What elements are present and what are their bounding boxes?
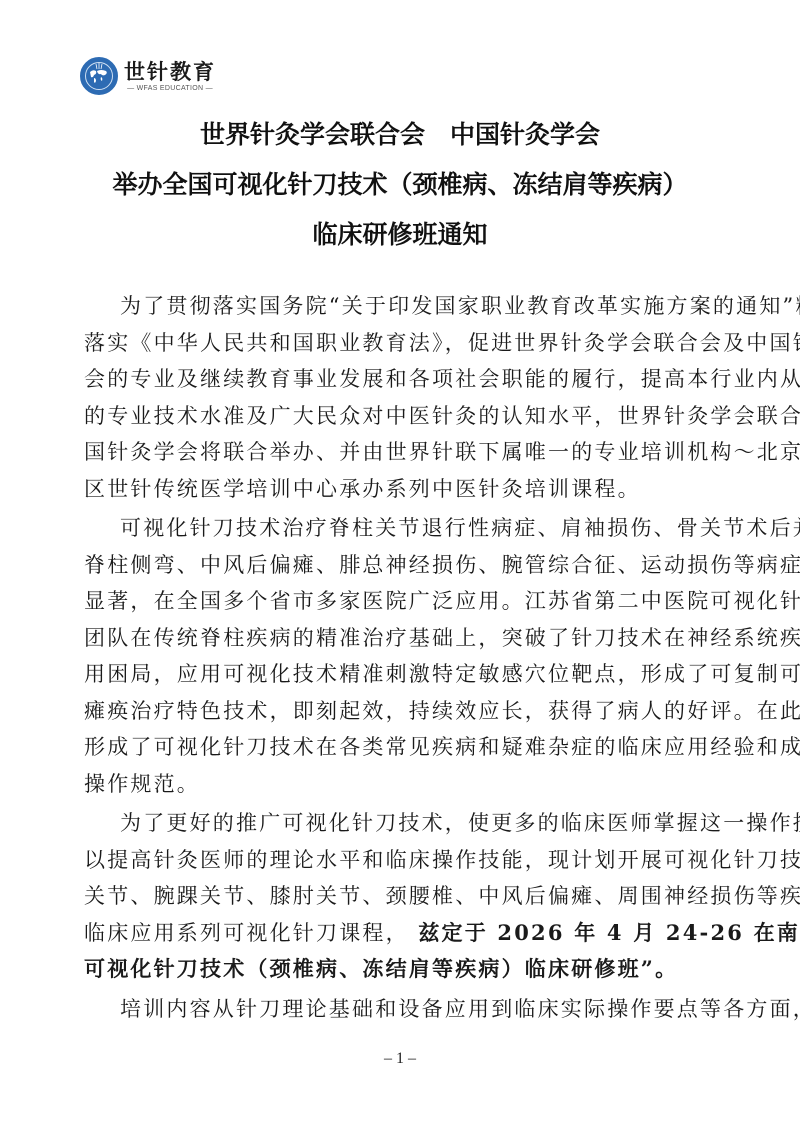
logo-name: 世针教育 [124,60,216,84]
event-date-highlight: 兹定于 2026 年 4 月 24-26 在南京举办“全国 [409,920,800,945]
title-line-2: 举办全国可视化针刀技术（颈椎病、冻结肩等疾病） [0,172,800,197]
paragraph-3: 为了更好的推广可视化针刀技术，使更多的临床医师掌握这一操作技术， 以提高针灸医师… [84,805,720,988]
paragraph-2: 可视化针刀技术治疗脊柱关节退行性病症、肩袖损伤、骨关节术后并发症、 脊柱侧弯、中… [84,510,720,802]
text-line: 操作规范。 [84,766,720,803]
title-line-1: 世界针灸学会联合会 中国针灸学会 [0,122,800,147]
text-line: 会的专业及继续教育事业发展和各项社会职能的履行，提高本行业内从业人员 [84,361,720,398]
logo: 世针教育 — WFAS EDUCATION — [80,57,216,95]
text-line: 为了更好的推广可视化针刀技术，使更多的临床医师掌握这一操作技术， [84,805,720,842]
globe-emblem-icon [80,57,118,95]
text-line: 可视化针刀技术治疗脊柱关节退行性病症、肩袖损伤、骨关节术后并发症、 [84,510,720,547]
text-line: 为了贯彻落实国务院“关于印发国家职业教育改革实施方案的通知”精神， [84,288,720,325]
document-body: 为了贯彻落实国务院“关于印发国家职业教育改革实施方案的通知”精神， 落实《中华人… [84,288,720,1027]
paragraph-1: 为了贯彻落实国务院“关于印发国家职业教育改革实施方案的通知”精神， 落实《中华人… [84,288,720,507]
text-line: 区世针传统医学培训中心承办系列中医针灸培训课程。 [84,471,720,508]
text-line: 落实《中华人民共和国职业教育法》，促进世界针灸学会联合会及中国针灸学 [84,325,720,362]
text-line: 团队在传统脊柱疾病的精准治疗基础上，突破了针刀技术在神经系统疾病的应 [84,620,720,657]
text-line: 以提高针灸医师的理论水平和临床操作技能，现计划开展可视化针刀技术在肩 [84,842,720,879]
title-line-3: 临床研修班通知 [0,222,800,247]
paragraph-4: 培训内容从针刀理论基础和设备应用到临床实际操作要点等各方面，可全 [84,991,720,1028]
logo-tagline: — WFAS EDUCATION — [127,84,213,93]
text-line: 形成了可视化针刀技术在各类常见疾病和疑难杂症的临床应用经验和成熟的 [84,729,720,766]
text-line: 国针灸学会将联合举办、并由世界针联下属唯一的专业培训机构～北京市东城 [84,434,720,471]
event-name-highlight: 可视化针刀技术（颈椎病、冻结肩等疾病）临床研修班”。 [84,951,720,988]
text-line: 关节、腕踝关节、膝肘关节、颈腰椎、中风后偏瘫、周围神经损伤等疾病中的 [84,878,720,915]
text-line: 临床应用系列可视化针刀课程， 兹定于 2026 年 4 月 24-26 在南京举… [84,915,720,952]
text-normal: 临床应用系列可视化针刀课程， [84,921,409,945]
text-line: 显著，在全国多个省市多家医院广泛应用。江苏省第二中医院可视化针刀技术 [84,583,720,620]
text-line: 培训内容从针刀理论基础和设备应用到临床实际操作要点等各方面，可全 [84,991,720,1028]
page-number: – 1 – [0,1050,800,1068]
text-line: 用困局，应用可视化技术精准刺激特定敏感穴位靶点，形成了可复制可提高的 [84,656,720,693]
text-line: 脊柱侧弯、中风后偏瘫、腓总神经损伤、腕管综合征、运动损伤等病症，疗效 [84,547,720,584]
text-line: 瘫痪治疗特色技术，即刻起效，持续效应长，获得了病人的好评。在此基础上 [84,693,720,730]
text-line: 的专业技术水准及广大民众对中医针灸的认知水平，世界针灸学会联合会和中 [84,398,720,435]
